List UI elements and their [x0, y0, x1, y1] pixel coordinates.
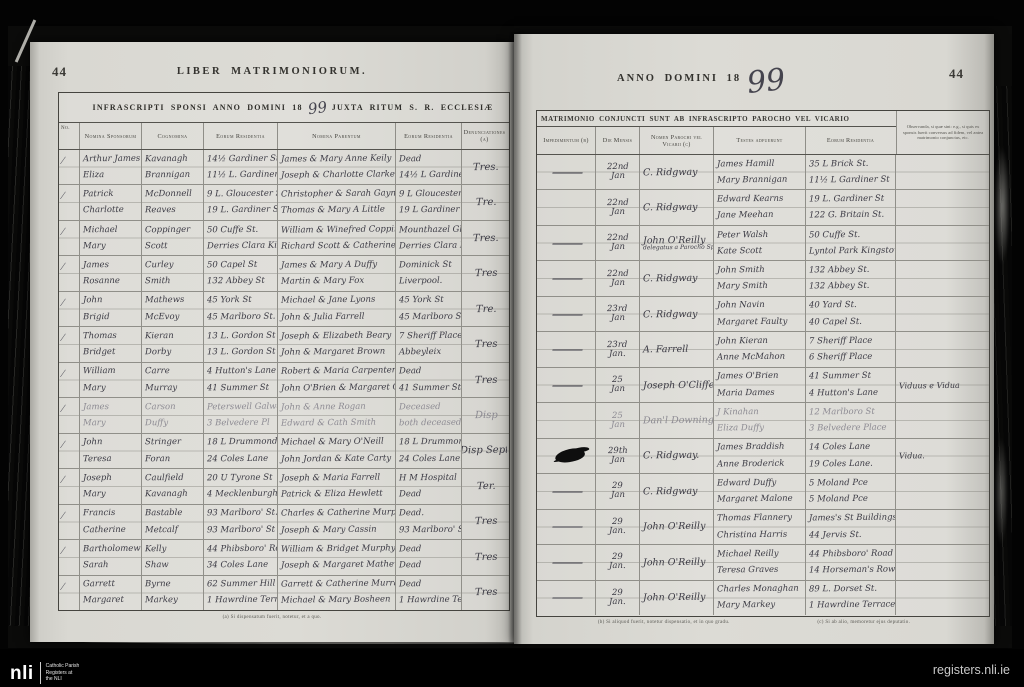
observanda-cell [895, 297, 987, 331]
handwritten-text: Kavanagh [145, 154, 203, 164]
parents-cell: James & Mary Anne KeilyJoseph & Charlott… [277, 150, 395, 184]
denunciationes-cell: Ter. [461, 469, 507, 503]
observanda-cell: Viduus e Vidua [895, 368, 987, 402]
handwritten-text: 50 Cuffe St. [809, 230, 895, 240]
handwritten-text: — [551, 239, 584, 248]
handwritten-text: Dead [399, 544, 461, 554]
handwritten-text: 41 Summer St [809, 372, 895, 382]
column-header: Impedimentum (b) [537, 127, 595, 154]
handwritten-text: Jan [610, 456, 624, 465]
handwritten-text: 5 Moland Pce [809, 478, 895, 488]
handwritten-text: 34 Coles Lane [207, 561, 277, 571]
register-entry-row: ∕BartholomewSarahKellyShaw44 Phibsboro' … [59, 539, 509, 574]
handwritten-text: Dominick St [399, 261, 461, 271]
witnesses-residences-cell: 44 Phibsboro' Road14 Horseman's Row [805, 545, 895, 579]
handwritten-text: 13 L. Gordon St [207, 348, 277, 358]
impedimentum-cell: — [537, 368, 595, 402]
parents-residences-cell: Mounthazel Glentane Co GalwayDerries Cla… [395, 221, 461, 255]
handwritten-text: John [83, 438, 141, 448]
names-cell: Arthur JamesEliza [79, 150, 141, 184]
handwritten-text: Dead [399, 490, 461, 500]
residences-cell: 93 Marlboro' St.93 Marlboro' St [203, 505, 277, 539]
names-cell: FrancisCatherine [79, 505, 141, 539]
handwritten-text: 1 Hawrdine Terrace [809, 601, 895, 611]
observanda-cell [895, 581, 987, 615]
handwritten-text: Mary [83, 241, 141, 251]
handwritten-text: Mary Brannigan [717, 175, 805, 185]
witnesses-cell: James BraddishAnne Broderick [713, 439, 805, 473]
handwritten-text: delegatus a Parocho Sponsae [643, 244, 713, 251]
priest-cell: C. Ridgway [639, 155, 713, 189]
observanda-cell [895, 261, 987, 295]
parents-residences-cell: 9 L Gloucester St19 L Gardiner St [395, 185, 461, 219]
handwritten-text: Ter. [477, 482, 496, 491]
handwritten-text: Dead [399, 154, 461, 164]
names-cell: JosephMary [79, 469, 141, 503]
handwritten-text: Kate Scott [717, 246, 805, 256]
names-cell: PatrickCharlotte [79, 185, 141, 219]
witnesses-cell: John NavinMargaret Faulty [713, 297, 805, 331]
scan-artifact [994, 146, 1010, 266]
handwritten-text: — [551, 310, 584, 319]
handwritten-text: Sarah [83, 561, 141, 571]
handwritten-text: Dorby [145, 348, 203, 358]
marriage-entry-row: —22ndJanC. RidgwayJohn SmithMary Smith13… [537, 260, 989, 295]
handwritten-text: Jan. [609, 349, 626, 358]
residences-cell: 45 York St45 Marlboro St. [203, 292, 277, 326]
left-footnote: (a) Si dispensatum fuerit, notetur, et a… [30, 615, 514, 620]
residences-cell: 50 Capel St132 Abbey St [203, 256, 277, 290]
handwritten-text: John O'Reilly [643, 558, 713, 568]
register-right-page: ANNO DOMINI 1899 44 MATRIMONIO CONJUNCTI… [514, 34, 994, 644]
entry-tick: ∕ [59, 434, 79, 468]
handwritten-text: William & Bridget Murphy [281, 544, 395, 554]
handwritten-text: Jan [610, 420, 624, 429]
nli-logo-caption: Catholic ParishRegisters atthe NLI [46, 663, 80, 683]
entry-tick: ∕ [59, 469, 79, 503]
parents-cell: William & Bridget MurphyJoseph & Margare… [277, 540, 395, 574]
witnesses-residences-cell: 40 Yard St.40 Capel St. [805, 297, 895, 331]
handwritten-text: 89 L. Dorset St. [809, 585, 895, 595]
handwritten-text: William & Winefred Coppinger [281, 225, 395, 235]
register-left-page: 44 LIBER MATRIMONIORUM. INFRASCRIPTI SPO… [30, 42, 514, 642]
priest-cell: Dan'l Downing Adm [639, 403, 713, 437]
matrimonio-table-header: MATRIMONIO CONJUNCTI SUNT AB INFRASCRIPT… [537, 111, 989, 155]
observanda-cell [895, 332, 987, 366]
date-cell: 23rdJan. [595, 332, 639, 366]
handwritten-text: Bridget [83, 348, 141, 358]
handwritten-text: Coppinger [145, 225, 203, 235]
handwritten-text: Thomas [83, 332, 141, 342]
handwritten-text: 14 Coles Lane [809, 443, 895, 453]
witnesses-cell: J KinahanEliza Duffy [713, 403, 805, 437]
impedimentum-cell: — [537, 581, 595, 615]
parents-residences-cell: Dead14½ L Gardiner [395, 150, 461, 184]
marriage-entry-row: 22ndJanC. RidgwayEdward KearnsJane Meeha… [537, 189, 989, 224]
parents-residences-cell: Dominick StLiverpool. [395, 256, 461, 290]
handwritten-text: 18 L Drummond St [399, 438, 461, 448]
handwritten-text: James [83, 261, 141, 271]
impedimentum-cell [537, 403, 595, 437]
parents-cell: Robert & Maria CarpenterJohn O'Brien & M… [277, 363, 395, 397]
handwritten-text: Jan [610, 208, 624, 217]
handwritten-text: 44 Jervis St. [809, 530, 895, 540]
impedimentum-cell: — [537, 155, 595, 189]
handwritten-text: 1 Hawrdine Terrace [399, 596, 461, 606]
column-header: Eorum Residentia [805, 127, 895, 154]
handwritten-text: Christina Harris [717, 530, 805, 540]
handwritten-text: — [551, 593, 584, 602]
handwritten-text: Tre. [476, 305, 497, 314]
observanda-cell [895, 474, 987, 508]
handwritten-text: 1 Hawrdine Terrace [207, 596, 277, 606]
handwritten-text: Martin & Mary Fox [281, 277, 395, 287]
residences-cell: 50 Cuffe St.Derries Clara Kings Co. [203, 221, 277, 255]
handwritten-text: Tres. [473, 163, 499, 172]
marriage-entry-row: —23rdJanC. RidgwayJohn NavinMargaret Fau… [537, 296, 989, 331]
handwritten-text: Carson [145, 403, 203, 413]
surnames-cell: CurleySmith [141, 256, 203, 290]
handwritten-text: Margaret Faulty [717, 317, 805, 327]
impedimentum-cell: — [537, 545, 595, 579]
handwritten-text: Eliza Duffy [717, 424, 805, 434]
handwritten-text: Mary [83, 490, 141, 500]
witnesses-cell: Edward DuffyMargaret Malone [713, 474, 805, 508]
handwritten-text: John Smith [717, 266, 805, 276]
matrimonio-heading: MATRIMONIO CONJUNCTI SUNT AB INFRASCRIPT… [537, 111, 896, 127]
handwritten-text: Tres [475, 340, 498, 349]
handwritten-text: Tres. [473, 234, 499, 243]
parents-cell: Michael & Jane LyonsJohn & Julia Farrell [277, 292, 395, 326]
handwritten-text: Margaret Malone [717, 495, 805, 505]
footnote-b: (b) Si aliquod fuerit, notetur dispensat… [598, 620, 730, 625]
entry-tick: ∕ [59, 576, 79, 610]
handwritten-text: Curley [145, 261, 203, 271]
handwritten-text: James Braddish [717, 443, 805, 453]
handwritten-text: Jan. [609, 598, 626, 607]
entry-tick: ∕ [59, 363, 79, 397]
handwritten-text: Dan'l Downing Adm [643, 416, 713, 426]
scan-viewer: 44 LIBER MATRIMONIORUM. INFRASCRIPTI SPO… [0, 0, 1024, 687]
entry-tick: ∕ [59, 221, 79, 255]
names-cell: MichaelMary [79, 221, 141, 255]
viewer-footer: nli Catholic ParishRegisters atthe NLI r… [0, 649, 1024, 687]
handwritten-text: — [551, 558, 584, 567]
anno-domini-heading: ANNO DOMINI 1899 [514, 64, 888, 99]
handwritten-text: James's St Buildings [809, 514, 895, 524]
handwritten-text: 50 Capel St [207, 261, 277, 271]
handwritten-text: Carre [145, 367, 203, 377]
column-header: Nomen Parochi vel Vicarii (c) [639, 127, 713, 154]
sponsi-table: INFRASCRIPTI SPONSI ANNO DOMINI 18 99 JU… [58, 92, 510, 611]
surnames-cell: KellyShaw [141, 540, 203, 574]
book-page-edges-left [8, 66, 32, 626]
witnesses-cell: Edward KearnsJane Meehan [713, 190, 805, 224]
surnames-cell: ByrneMarkey [141, 576, 203, 610]
handwritten-text: Arthur James [83, 154, 141, 164]
handwritten-text: Bartholomew [83, 544, 141, 554]
surnames-cell: MathewsMcEvoy [141, 292, 203, 326]
column-header: Testes adfuerunt [713, 127, 805, 154]
handwritten-text: Teresa [83, 454, 141, 464]
handwritten-text: 45 Marlboro St [399, 312, 461, 322]
handwritten-year: 99 [306, 97, 327, 117]
handwritten-text: — [551, 274, 584, 283]
handwritten-text: Shaw [145, 561, 203, 571]
priest-cell: C. Ridgway [639, 297, 713, 331]
handwritten-text: Thomas & Mary A Little [281, 206, 395, 216]
entry-tick: ∕ [59, 292, 79, 326]
handwritten-text: Mary [83, 419, 141, 429]
parents-cell: Joseph & Maria FarrellPatrick & Eliza He… [277, 469, 395, 503]
parents-residences-cell: H M HospitalDead [395, 469, 461, 503]
register-entry-row: ∕PatrickCharlotteMcDonnellReaves9 L. Glo… [59, 184, 509, 219]
observanda-cell [895, 226, 987, 260]
surnames-cell: McDonnellReaves [141, 185, 203, 219]
handwritten-text: Jan [610, 243, 624, 252]
handwritten-text: Edward & Cath Smith [281, 419, 395, 429]
column-header: Nomina Parentum [277, 123, 395, 149]
denunciationes-cell: Tres [461, 505, 507, 539]
handwritten-text: Stringer [145, 438, 203, 448]
observanda-cell [895, 190, 987, 224]
handwritten-text: 93 Marlboro' St [207, 525, 277, 535]
handwritten-text: John & Margaret Brown [281, 348, 395, 358]
anno-pre: ANNO DOMINI 18 [617, 73, 741, 84]
date-cell: 29Jan. [595, 581, 639, 615]
priest-cell: John O'Reillydelegatus a Parocho Sponsae [639, 226, 713, 260]
handwritten-text: Christopher & Sarah Gaynor [281, 189, 395, 199]
handwritten-text: John O'Reilly [643, 593, 713, 603]
handwritten-text: H M Hospital [399, 474, 461, 484]
parents-cell: Charles & Catherine MurphyJoseph & Mary … [277, 505, 395, 539]
handwritten-text: Murray [145, 383, 203, 393]
sponsi-table-body: ∕Arthur JamesElizaKavanaghBrannigan14½ G… [59, 150, 509, 610]
denunciationes-cell: Tres. [461, 221, 507, 255]
handwritten-text: James & Mary Anne Keily [281, 154, 395, 164]
handwritten-text: — [551, 381, 584, 390]
handwritten-text: Joseph & Elizabeth Beary [281, 331, 395, 341]
handwritten-text: McDonnell [145, 190, 203, 200]
handwritten-text: Dead [399, 561, 461, 571]
handwritten-text: 13 L. Gordon St [207, 332, 277, 342]
priest-cell: Joseph O'Cliffe [639, 368, 713, 402]
column-header: Eorum Residentia [203, 123, 277, 149]
names-cell: JamesMary [79, 398, 141, 432]
handwritten-text: Brannigan [145, 171, 203, 181]
column-header: Denunciationes (a) [461, 123, 507, 149]
marriage-entry-row: 25JanDan'l Downing AdmJ KinahanEliza Duf… [537, 402, 989, 437]
handwritten-text: Anne Broderick [717, 459, 805, 469]
handwritten-text: 24 Coles Lane. [399, 454, 461, 464]
denunciationes-cell: Tres. [461, 150, 507, 184]
handwritten-text: Kieran [145, 332, 203, 342]
handwritten-text: 20 U Tyrone St [207, 473, 277, 483]
subtitle-pre: INFRASCRIPTI SPONSI ANNO DOMINI 18 [93, 103, 303, 112]
names-cell: BartholomewSarah [79, 540, 141, 574]
handwritten-text: Charles Monaghan [717, 585, 805, 595]
witnesses-residences-cell: 7 Sheriff Place6 Sheriff Place [805, 332, 895, 366]
parents-cell: Christopher & Sarah GaynorThomas & Mary … [277, 185, 395, 219]
handwritten-text: 132 Abbey St. [809, 266, 895, 276]
handwritten-text: C. Ridgway [643, 274, 713, 284]
handwritten-text: John O'Reilly [643, 522, 713, 532]
surnames-cell: KieranDorby [141, 327, 203, 361]
date-cell: 22ndJan [595, 155, 639, 189]
witnesses-cell: Peter WalshKate Scott [713, 226, 805, 260]
handwritten-text: Mary [83, 383, 141, 393]
witnesses-residences-cell: 19 L. Gardiner St122 G. Britain St. [805, 190, 895, 224]
denunciationes-cell: Tres [461, 540, 507, 574]
handwritten-text: Mathews [145, 296, 203, 306]
handwritten-text: 4 Mecklenburgh St [207, 490, 277, 500]
parents-residences-cell: DeadDead [395, 540, 461, 574]
handwritten-text: 45 York St [207, 296, 277, 306]
handwritten-text: 19 L. Gardiner St [809, 195, 895, 205]
impedimentum-cell: — [537, 226, 595, 260]
witnesses-cell: Michael ReillyTeresa Graves [713, 545, 805, 579]
handwritten-text: 35 L Brick St. [809, 159, 895, 169]
observanda-cell [895, 403, 987, 437]
register-entry-row: ∕JosephMaryCaulfieldKavanagh20 U Tyrone … [59, 468, 509, 503]
priest-cell: A. Farrell [639, 332, 713, 366]
witnesses-cell: James O'BrienMaria Dames [713, 368, 805, 402]
handwritten-text: Jan. [609, 562, 626, 571]
priest-cell: C. Ridgway [639, 261, 713, 295]
handwritten-text: 40 Capel St. [809, 317, 895, 327]
column-header: Eorum Residentia [395, 123, 461, 149]
handwritten-text: 45 York St [399, 296, 461, 306]
handwritten-text: 132 Abbey St [207, 277, 277, 287]
handwritten-text: 6 Sheriff Place [809, 353, 895, 363]
handwritten-text: John & Julia Farrell [281, 312, 395, 322]
handwritten-text: John Kieran [717, 336, 805, 346]
denunciationes-cell: Disp [461, 398, 507, 432]
handwritten-text: Tres [475, 517, 498, 526]
handwritten-text: Joseph & Maria Farrell [281, 473, 395, 483]
denunciationes-cell: Tres [461, 327, 507, 361]
handwritten-text: 41 Summer St [399, 383, 461, 393]
date-cell: 25Jan [595, 403, 639, 437]
handwritten-text: 7 Sheriff Place [809, 337, 895, 347]
handwritten-text: Michael & Jane Lyons [281, 296, 395, 306]
denunciationes-cell: Tres [461, 363, 507, 397]
handwritten-text: John & Anne Rogan [281, 402, 395, 412]
handwritten-text: Mary Markey [717, 601, 805, 611]
handwritten-text: Joseph & Margaret Mathews [281, 560, 395, 570]
residences-cell: 62 Summer Hill1 Hawrdine Terrace [203, 576, 277, 610]
handwritten-text: Peter Walsh [717, 230, 805, 240]
date-cell: 22ndJan [595, 226, 639, 260]
date-cell: 23rdJan [595, 297, 639, 331]
entry-tick: ∕ [59, 150, 79, 184]
register-entry-row: ∕Arthur JamesElizaKavanaghBrannigan14½ G… [59, 150, 509, 184]
handwritten-text: Tres [475, 588, 498, 597]
handwritten-text: Scott [145, 241, 203, 251]
handwritten-text: Deceased [399, 403, 461, 413]
denunciationes-cell: Tres [461, 576, 507, 610]
column-header: Die Mensis [595, 127, 639, 154]
handwritten-text: Vidua. [899, 451, 987, 461]
observanda-cell [895, 510, 987, 544]
handwritten-text: John [83, 296, 141, 306]
handwritten-text: 40 Yard St. [809, 301, 895, 311]
register-entry-row: ∕JohnBrigidMathewsMcEvoy45 York St45 Mar… [59, 291, 509, 326]
handwritten-text: 19 L Gardiner St [399, 206, 461, 216]
witnesses-residences-cell: 5 Moland Pce5 Moland Pce [805, 474, 895, 508]
denunciationes-cell: Tres [461, 256, 507, 290]
surnames-cell: BastableMetcalf [141, 505, 203, 539]
handwritten-text: Kelly [145, 544, 203, 554]
register-entry-row: ∕JamesRosanneCurleySmith50 Capel St132 A… [59, 255, 509, 290]
right-page-number: 44 [949, 66, 964, 82]
witnesses-cell: James HamillMary Brannigan [713, 155, 805, 189]
handwritten-text: Michael & Mary Bosheen [281, 596, 395, 606]
surnames-cell: StringerForan [141, 434, 203, 468]
handwritten-text: Tres [475, 269, 498, 278]
nli-logo-divider [40, 662, 41, 684]
handwritten-text: Garrett & Catherine Murray [281, 580, 395, 590]
handwritten-text: 19 Coles Lane. [809, 459, 895, 469]
column-header: Cognomina [141, 123, 203, 149]
subtitle-post: JUXTA RITUM S. R. ECCLESIÆ [332, 103, 494, 112]
handwritten-text: 132 Abbey St. [809, 282, 895, 292]
register-entry-row: ∕WilliamMaryCarreMurray4 Hutton's Lane41… [59, 362, 509, 397]
right-footnotes: (b) Si aliquod fuerit, notetur dispensat… [514, 620, 994, 625]
register-entry-row: ∕GarrettMargaretByrneMarkey62 Summer Hil… [59, 575, 509, 610]
handwritten-text: C. Ridgway [643, 487, 713, 497]
handwritten-text: Michael Reilly [717, 549, 805, 559]
handwritten-text: C. Ridgway. [643, 451, 713, 461]
priest-cell: C. Ridgway [639, 190, 713, 224]
impedimentum-cell: — [537, 332, 595, 366]
handwritten-text: Robert & Maria Carpenter [281, 367, 395, 377]
handwritten-text: Patrick & Eliza Hewlett [281, 489, 395, 499]
handwritten-text: Peterswell Galway [207, 403, 277, 413]
marriage-entry-row: —29JanC. RidgwayEdward DuffyMargaret Mal… [537, 473, 989, 508]
handwritten-text: Kavanagh [145, 490, 203, 500]
handwritten-text: Brigid [83, 312, 141, 322]
handwritten-text: John Navin [717, 301, 805, 311]
handwritten-text: 44 Phibsboro' Road [207, 544, 277, 554]
handwritten-text: Jan [610, 172, 624, 181]
handwritten-text: 14½ L Gardiner [399, 171, 461, 181]
entry-tick: ∕ [59, 398, 79, 432]
parents-residences-cell: Dead1 Hawrdine Terrace [395, 576, 461, 610]
handwritten-text: J Kinahan [717, 407, 805, 417]
residences-cell: 44 Phibsboro' Road34 Coles Lane [203, 540, 277, 574]
surnames-cell: CoppingerScott [141, 221, 203, 255]
handwritten-text: Joseph & Mary Cassin [281, 525, 395, 535]
handwritten-text: 11½ L. Gardiner St [207, 170, 277, 180]
handwritten-text: 18 L Drummond [207, 438, 277, 448]
handwritten-text: Maria Dames [717, 388, 805, 398]
entry-tick: ∕ [59, 540, 79, 574]
entry-tick: ∕ [59, 505, 79, 539]
witnesses-residences-cell: 35 L Brick St.11½ L Gardiner St [805, 155, 895, 189]
handwritten-text: Viduus e Vidua [899, 380, 987, 390]
impedimentum-cell [537, 190, 595, 224]
handwritten-text: Jan. [609, 527, 626, 536]
handwritten-text: Margaret [83, 596, 141, 606]
handwritten-text: 14½ Gardiner St [207, 154, 277, 164]
scan-artifact [15, 19, 36, 62]
names-cell: JohnTeresa [79, 434, 141, 468]
handwritten-text: Jan [610, 314, 624, 323]
witnesses-cell: Thomas FlanneryChristina Harris [713, 510, 805, 544]
date-cell: 29Jan [595, 474, 639, 508]
handwritten-text: C. Ridgway [643, 203, 713, 213]
